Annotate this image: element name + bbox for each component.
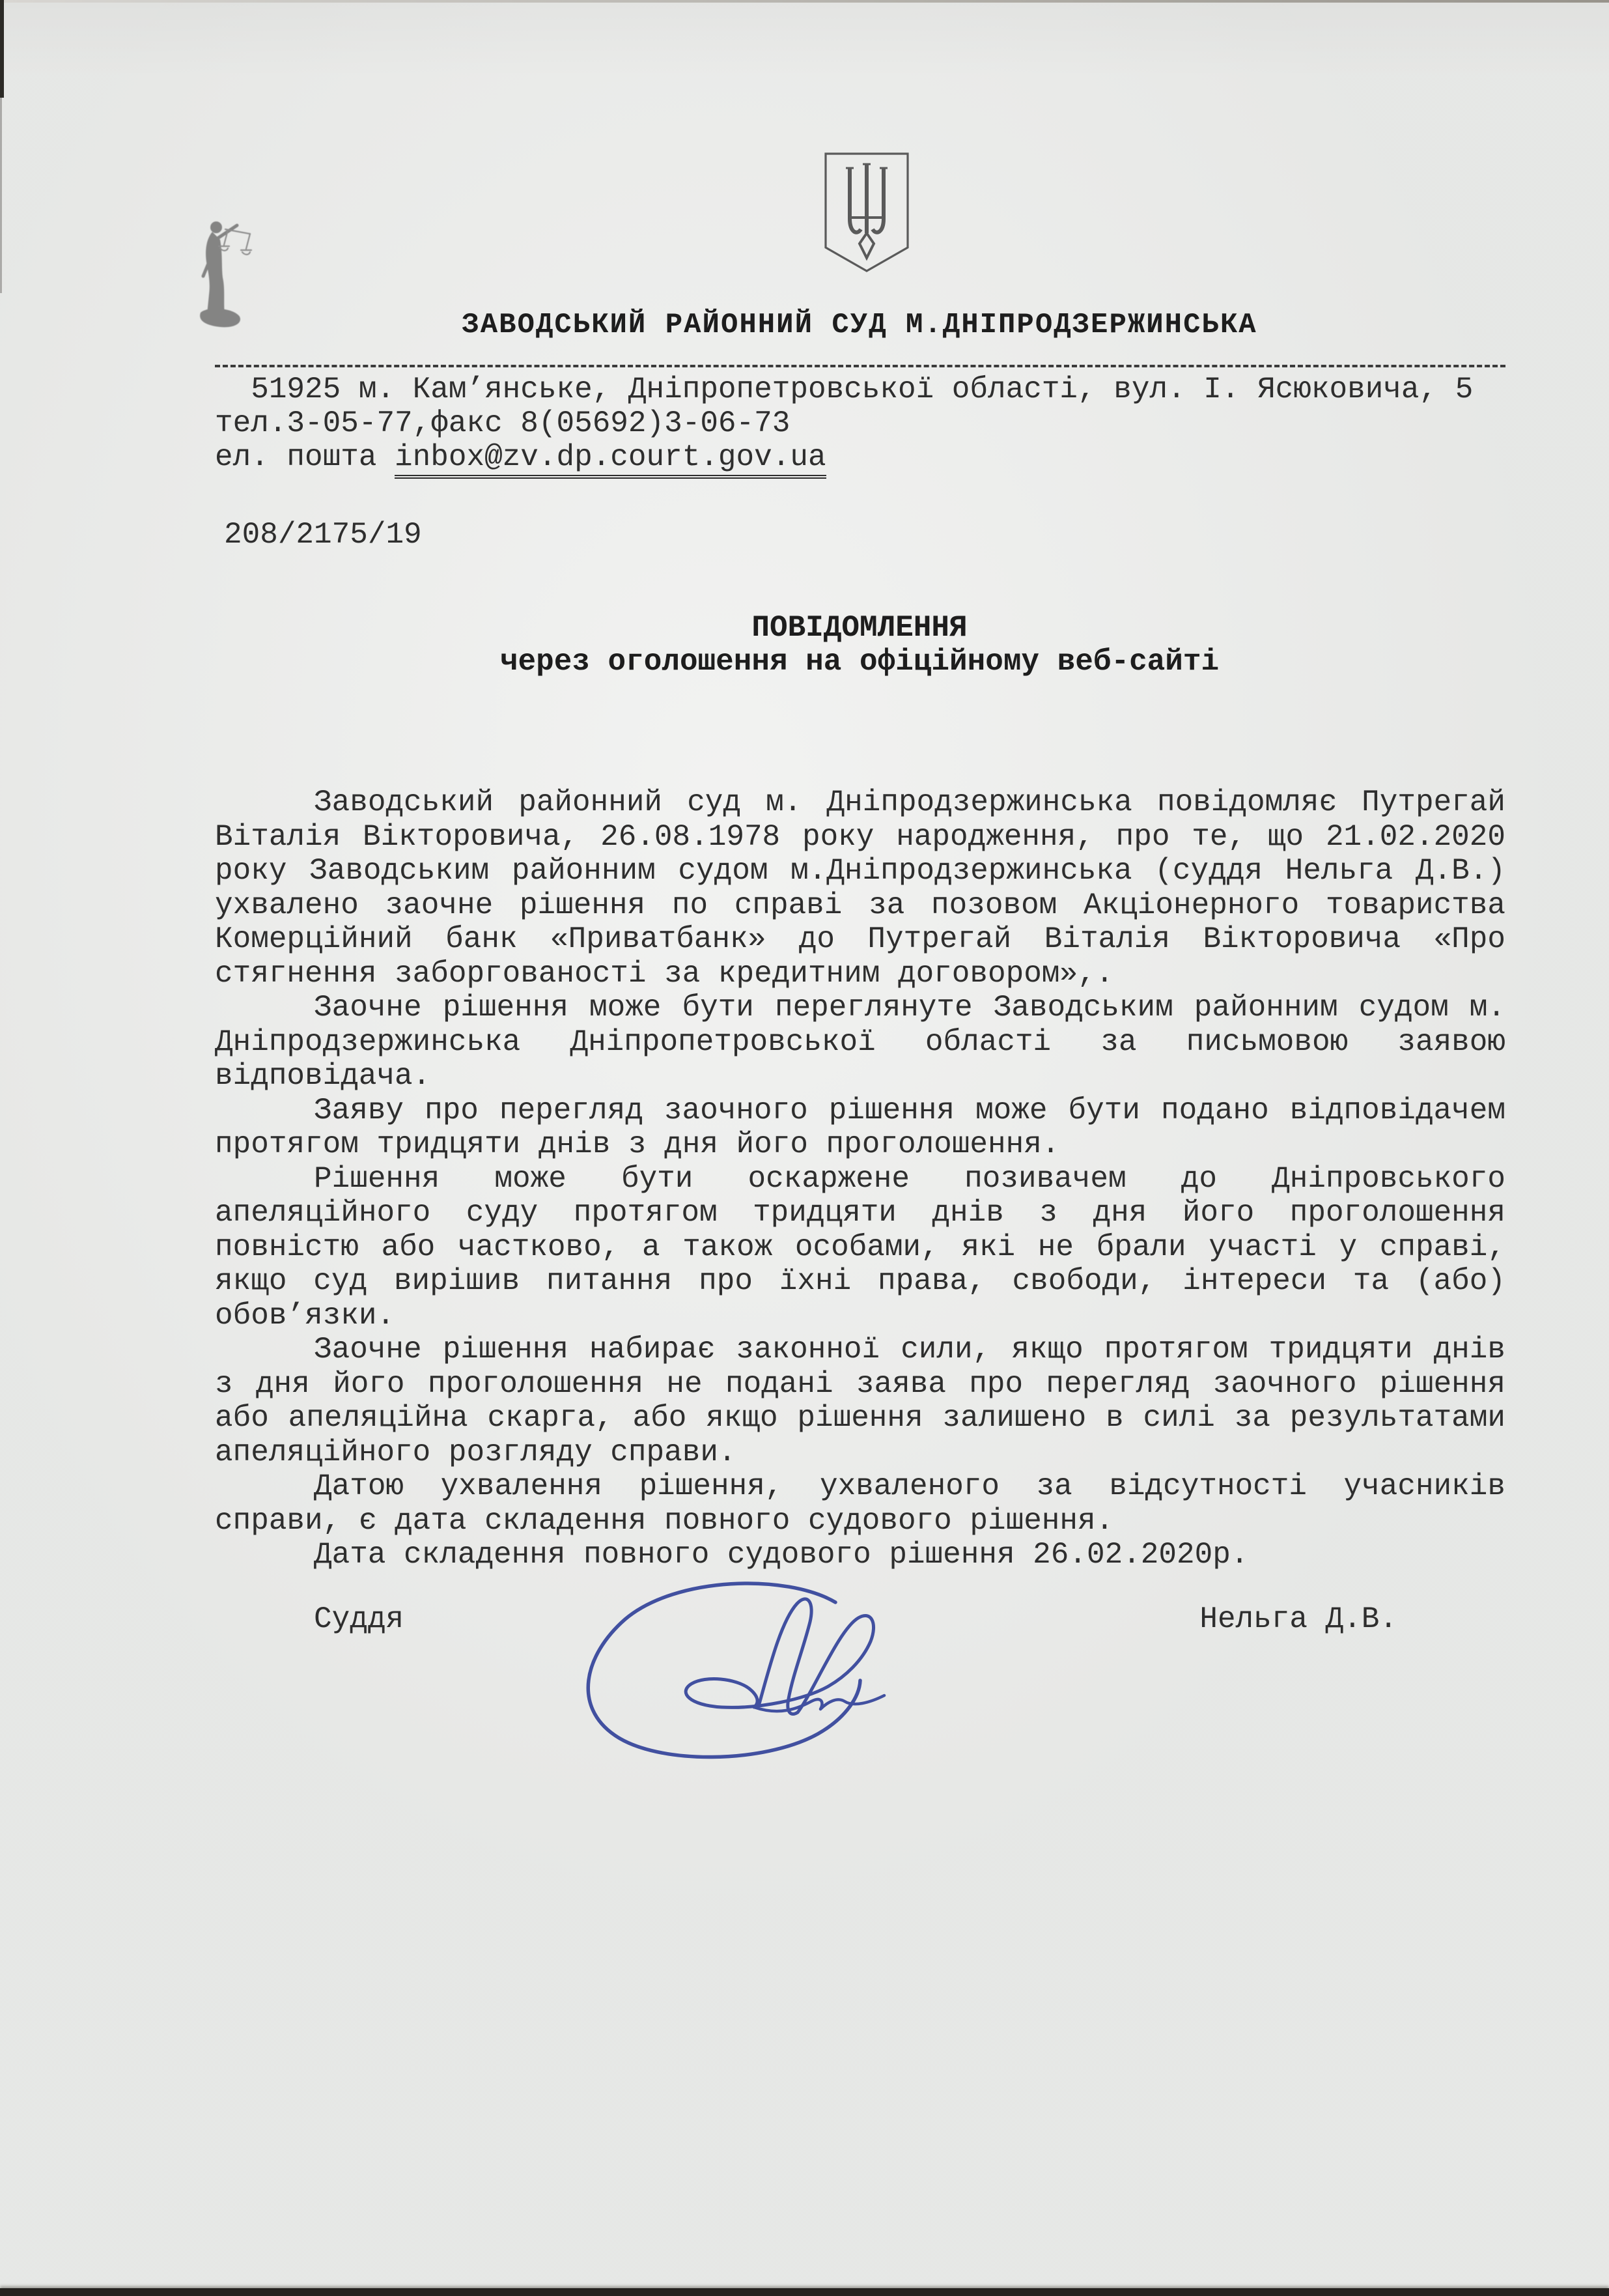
trident-emblem-icon <box>819 149 914 276</box>
judge-label: Суддя <box>314 1602 404 1636</box>
email-label: ел. пошта <box>215 440 395 474</box>
address-line: 51925 м. Кам’янське, Дніпропетровської о… <box>215 373 1505 406</box>
paragraph: Заводський районний суд м. Дніпродзержин… <box>215 786 1505 991</box>
signature-ink-icon <box>565 1568 956 1764</box>
notice-title: ПОВІДОМЛЕННЯ <box>215 611 1504 645</box>
paragraph: Датою ухвалення рішення, ухваленого за в… <box>215 1469 1505 1538</box>
phone-fax-line: тел.3-05-77,факс 8(05692)3-06-73 <box>215 406 1505 440</box>
paragraph: Заочне рішення може бути переглянуте Зав… <box>215 991 1505 1094</box>
scan-edge-left-faint <box>0 98 2 293</box>
court-contact-block: 51925 м. Кам’янське, Дніпропетровської о… <box>215 365 1505 474</box>
judge-name: Нельга Д.В. <box>1199 1602 1397 1636</box>
notice-subtitle: через оголошення на офіційному веб-сайті <box>215 645 1504 679</box>
case-number: 208/2175/19 <box>224 518 422 552</box>
document-page: { "header": { "court_name": "ЗАВОДСЬКИЙ … <box>0 0 1609 2296</box>
scan-edge-left <box>0 0 4 98</box>
paragraph: Рішення може бути оскаржене позивачем до… <box>215 1162 1505 1333</box>
court-name: ЗАВОДСЬКИЙ РАЙОННИЙ СУД М.ДНІПРОДЗЕРЖИНС… <box>215 309 1504 341</box>
email-line: ел. пошта inbox@zv.dp.court.gov.ua <box>215 440 1505 474</box>
paragraph: Дата складення повного судового рішення … <box>215 1538 1505 1572</box>
email-address: inbox@zv.dp.court.gov.ua <box>395 440 826 479</box>
notice-title-block: ПОВІДОМЛЕННЯ через оголошення на офіційн… <box>215 611 1504 679</box>
scan-edge-bottom <box>0 2288 1609 2296</box>
notice-body: Заводський районний суд м. Дніпродзержин… <box>215 786 1505 1572</box>
paragraph: Заяву про перегляд заочного рішення може… <box>215 1094 1505 1162</box>
paragraph: Заочне рішення набирає законної сили, як… <box>215 1333 1505 1469</box>
header-divider <box>215 365 1505 367</box>
scan-edge-top <box>0 0 1609 3</box>
